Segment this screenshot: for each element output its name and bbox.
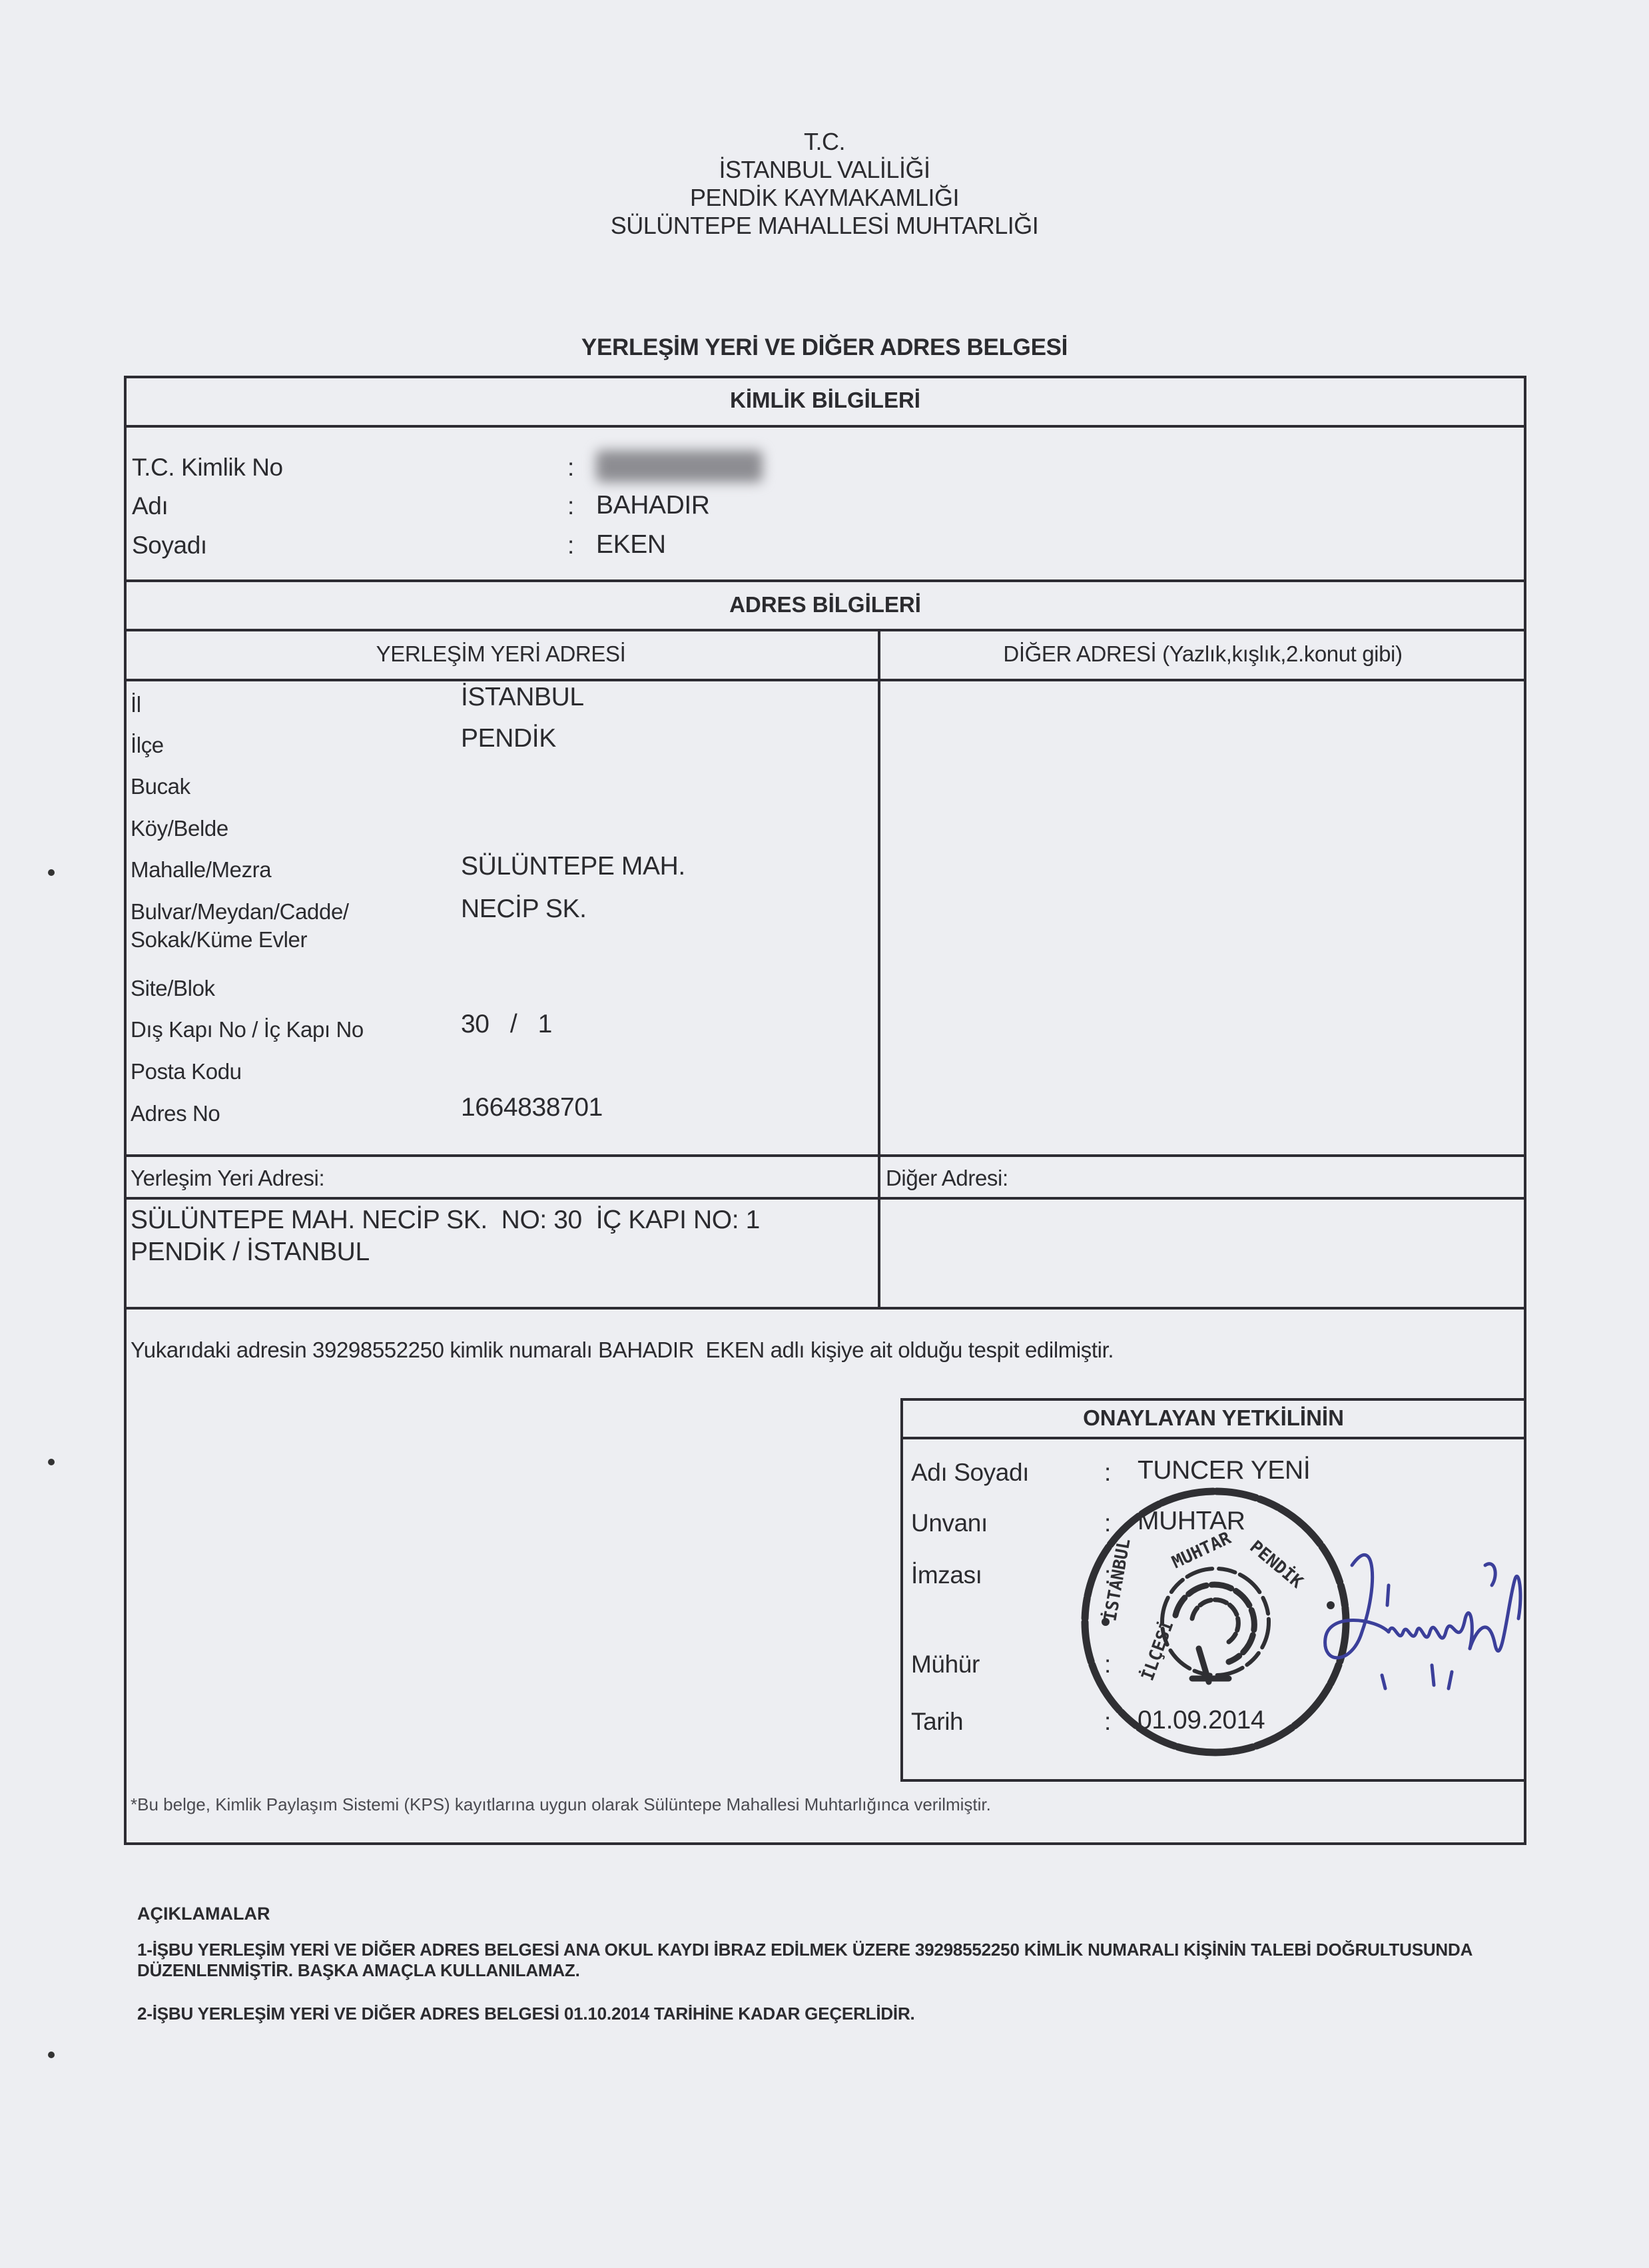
rule-summary-labels bbox=[124, 1197, 1526, 1200]
field-label-bucak: Bucak bbox=[131, 774, 190, 799]
field-label-bulvar: Bulvar/Meydan/Cadde/ bbox=[131, 899, 349, 925]
field-label-site-blok: Site/Blok bbox=[131, 976, 215, 1001]
residence-summary-line-2: PENDİK / İSTANBUL bbox=[131, 1238, 370, 1267]
official-seal-icon: İSTANBUL PENDİK MUHTAR İLÇESİ bbox=[1076, 1482, 1355, 1762]
field-label: Adı bbox=[132, 492, 168, 520]
rule-identity-header bbox=[124, 425, 1526, 428]
letterhead-line-1: T.C. bbox=[0, 128, 1649, 155]
approver-value-name: TUNCER YENİ bbox=[1138, 1456, 1310, 1485]
handwritten-signature-icon bbox=[1315, 1539, 1535, 1705]
approver-left-border bbox=[900, 1398, 903, 1782]
column-divider bbox=[878, 630, 880, 1308]
approver-label-name: Adı Soyadı bbox=[911, 1459, 1029, 1487]
field-separator: : bbox=[567, 532, 574, 560]
field-value: BAHADIR bbox=[596, 491, 710, 520]
approver-bottom-border bbox=[900, 1779, 1526, 1782]
field-value-il: İSTANBUL bbox=[461, 683, 584, 712]
field-label-adres-no: Adres No bbox=[131, 1101, 220, 1126]
document-title: YERLEŞİM YERİ VE DİĞER ADRES BELGESİ bbox=[0, 334, 1649, 361]
document-footnote: *Bu belge, Kimlik Paylaşım Sistemi (KPS)… bbox=[131, 1794, 991, 1815]
notes-title: AÇIKLAMALAR bbox=[137, 1904, 270, 1924]
rule-address-columns bbox=[124, 679, 1526, 681]
address-section-title: ADRES BİLGİLERİ bbox=[124, 592, 1526, 617]
field-label-door-no: Dış Kapı No / İç Kapı No bbox=[131, 1017, 364, 1042]
field-label: T.C. Kimlik No bbox=[132, 454, 283, 482]
field-value-mahalle: SÜLÜNTEPE MAH. bbox=[461, 852, 685, 881]
field-value-door-no: 30 / 1 bbox=[461, 1010, 552, 1039]
rule-address-fields-end bbox=[124, 1154, 1526, 1157]
approver-top-border bbox=[900, 1398, 1526, 1401]
field-value-street: NECİP SK. bbox=[461, 895, 587, 924]
residence-summary-line-1: SÜLÜNTEPE MAH. NECİP SK. NO: 30 İÇ KAPI … bbox=[131, 1206, 760, 1235]
field-value-adres-no: 1664838701 bbox=[461, 1093, 603, 1122]
field-label-posta-kodu: Posta Kodu bbox=[131, 1059, 242, 1084]
punch-hole-dot bbox=[48, 869, 55, 876]
field-label-mahalle: Mahalle/Mezra bbox=[131, 857, 271, 883]
approver-label-seal: Mühür bbox=[911, 1651, 980, 1679]
field-separator: : bbox=[567, 454, 574, 482]
note-item-2: 2-İŞBU YERLEŞİM YERİ VE DİĞER ADRES BELG… bbox=[137, 2004, 1502, 2024]
field-label-koy-belde: Köy/Belde bbox=[131, 816, 228, 841]
rule-address-header bbox=[124, 629, 1526, 631]
approver-title: ONAYLAYAN YETKİLİNİN bbox=[903, 1405, 1524, 1431]
rule-identity-end bbox=[124, 579, 1526, 582]
punch-hole-dot bbox=[48, 1459, 55, 1465]
other-address-header: DİĞER ADRESİ (Yazlık,kışlık,2.konut gibi… bbox=[880, 641, 1525, 667]
residence-summary-label: Yerleşim Yeri Adresi: bbox=[131, 1166, 324, 1191]
frame-top-border bbox=[124, 376, 1526, 378]
frame-bottom-border bbox=[124, 1842, 1526, 1845]
verification-statement: Yukarıdaki adresin 39298552250 kimlik nu… bbox=[131, 1337, 1114, 1363]
field-value: EKEN bbox=[596, 530, 666, 560]
rule-summary-end bbox=[124, 1307, 1526, 1310]
identity-section-title: KİMLİK BİLGİLERİ bbox=[124, 388, 1526, 413]
note-item-1: 1-İŞBU YERLEŞİM YERİ VE DİĞER ADRES BELG… bbox=[137, 1940, 1502, 1981]
approver-label-date: Tarih bbox=[911, 1708, 963, 1736]
field-label: Soyadı bbox=[132, 532, 207, 560]
field-label-il: İl bbox=[131, 692, 141, 717]
svg-text:MUHTAR: MUHTAR bbox=[1169, 1528, 1234, 1573]
other-summary-label: Diğer Adresi: bbox=[886, 1166, 1008, 1191]
punch-hole-dot bbox=[48, 2052, 55, 2058]
field-separator: : bbox=[567, 492, 574, 520]
redacted-value bbox=[596, 450, 763, 482]
approver-header-rule bbox=[900, 1437, 1526, 1439]
residence-address-header: YERLEŞİM YERİ ADRESİ bbox=[124, 641, 878, 667]
field-label-ilce: İlçe bbox=[131, 733, 164, 758]
field-label-sokak: Sokak/Küme Evler bbox=[131, 927, 307, 952]
approver-label-signature: İmzası bbox=[911, 1561, 982, 1589]
letterhead-line-2: İSTANBUL VALİLİĞİ bbox=[0, 156, 1649, 183]
approver-label-title: Unvanı bbox=[911, 1509, 988, 1537]
field-value-ilce: PENDİK bbox=[461, 724, 556, 753]
letterhead-line-4: SÜLÜNTEPE MAHALLESİ MUHTARLIĞI bbox=[0, 212, 1649, 239]
letterhead-line-3: PENDİK KAYMAKAMLIĞI bbox=[0, 184, 1649, 211]
